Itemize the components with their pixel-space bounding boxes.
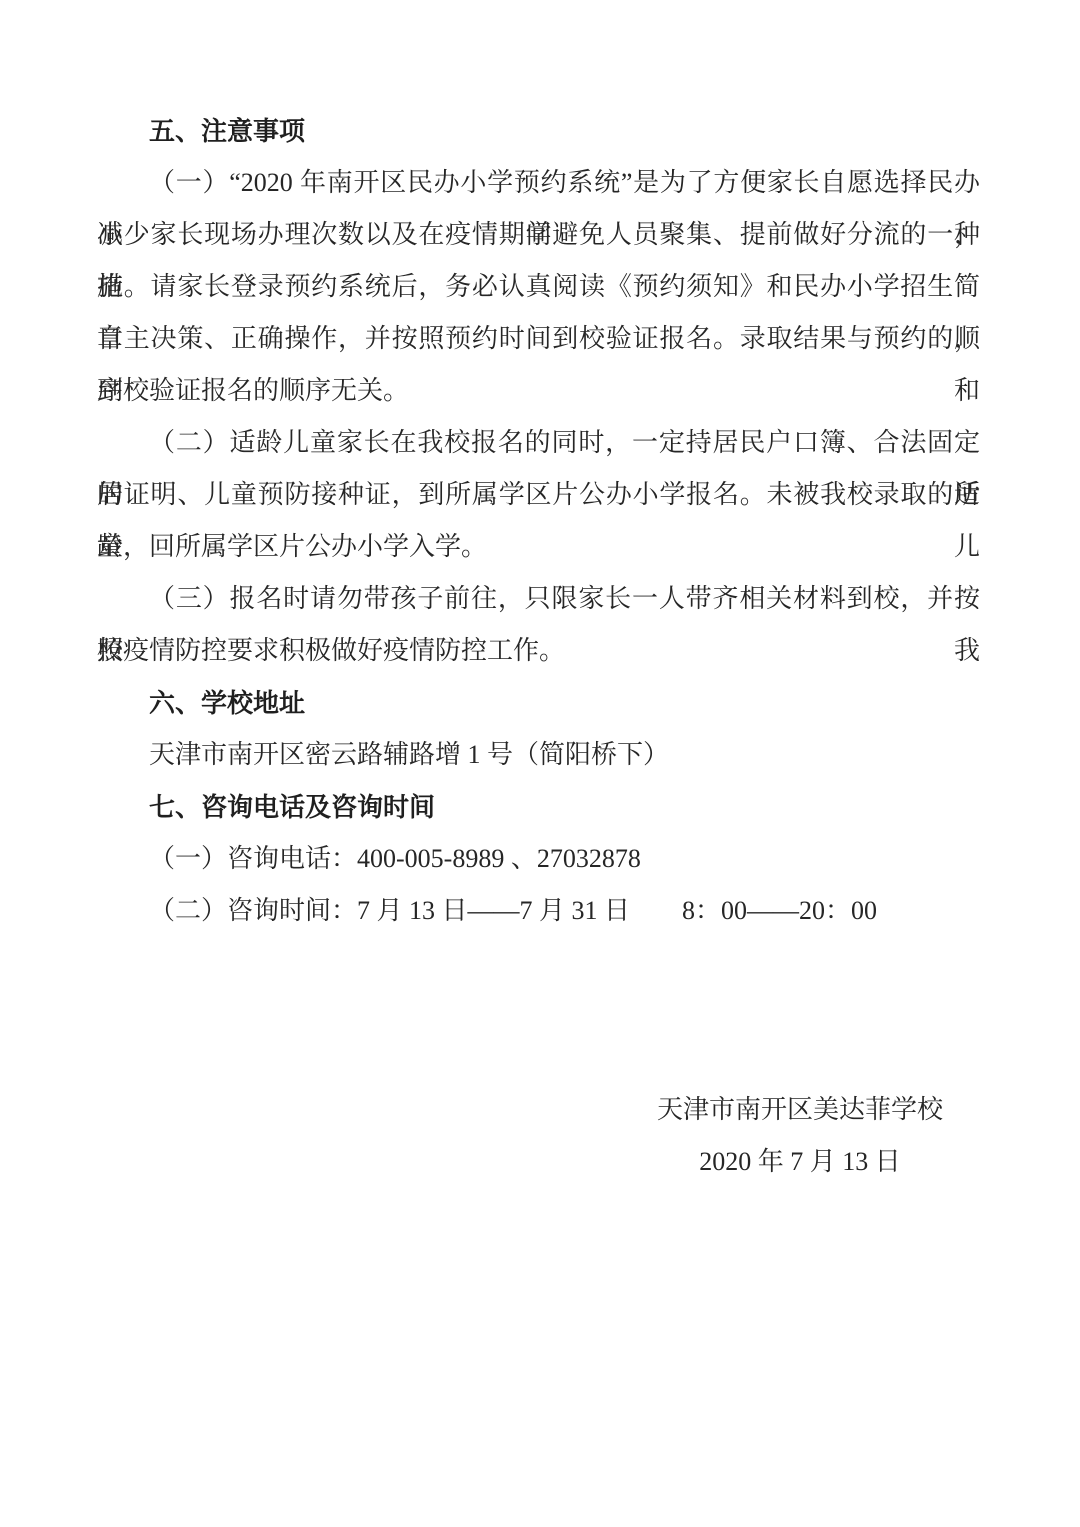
section-heading-notes: 五、注意事项 (97, 105, 980, 157)
contact-phone-line: （一）咨询电话：400-005-8989 、27032878 (97, 833, 980, 885)
paragraph-line: （一）“2020 年南开区民办小学预约系统”是为了方便家长自愿选择民办小学， (97, 157, 980, 209)
notes-paragraph-1: （一）“2020 年南开区民办小学预约系统”是为了方便家长自愿选择民办小学，减少… (97, 157, 980, 417)
notes-paragraph-3: （三）报名时请勿带孩子前往，只限家长一人带齐相关材料到校，并按照我校疫情防控要求… (97, 573, 980, 677)
closing-date: 2020 年 7 月 13 日 (600, 1136, 1000, 1188)
school-address-text: 天津市南开区密云路辅路增 1 号（简阳桥下） (97, 729, 980, 781)
paragraph-line: （三）报名时请勿带孩子前往，只限家长一人带齐相关材料到校，并按照我 (97, 573, 980, 625)
paragraph-line: 的证明、儿童预防接种证，到所属学区片公办小学报名。未被我校录取的适龄儿 (97, 469, 980, 521)
document-body: 五、注意事项 （一）“2020 年南开区民办小学预约系统”是为了方便家长自愿选择… (97, 105, 980, 937)
closing-school-name: 天津市南开区美达菲学校 (600, 1084, 1000, 1136)
section-heading-address: 六、学校地址 (97, 677, 980, 729)
paragraph-line: 自主决策、正确操作，并按照预约时间到校验证报名。录取结果与预约的顺序和 (97, 313, 980, 365)
paragraph-line: （二）适龄儿童家长在我校报名的同时，一定持居民户口簿、合法固定居所 (97, 417, 980, 469)
closing-block: 天津市南开区美达菲学校 2020 年 7 月 13 日 (600, 1084, 1000, 1188)
document-page: 五、注意事项 （一）“2020 年南开区民办小学预约系统”是为了方便家长自愿选择… (0, 0, 1080, 1527)
section-heading-contact: 七、咨询电话及咨询时间 (97, 781, 980, 833)
paragraph-line: 施。请家长登录预约系统后，务必认真阅读《预约须知》和民办小学招生简章， (97, 261, 980, 313)
contact-time-line: （二）咨询时间：7 月 13 日——7 月 31 日 8：00——20：00 (97, 885, 980, 937)
notes-paragraph-2: （二）适龄儿童家长在我校报名的同时，一定持居民户口簿、合法固定居所的证明、儿童预… (97, 417, 980, 573)
paragraph-line: 减少家长现场办理次数以及在疫情期间避免人员聚集、提前做好分流的一种措 (97, 209, 980, 261)
